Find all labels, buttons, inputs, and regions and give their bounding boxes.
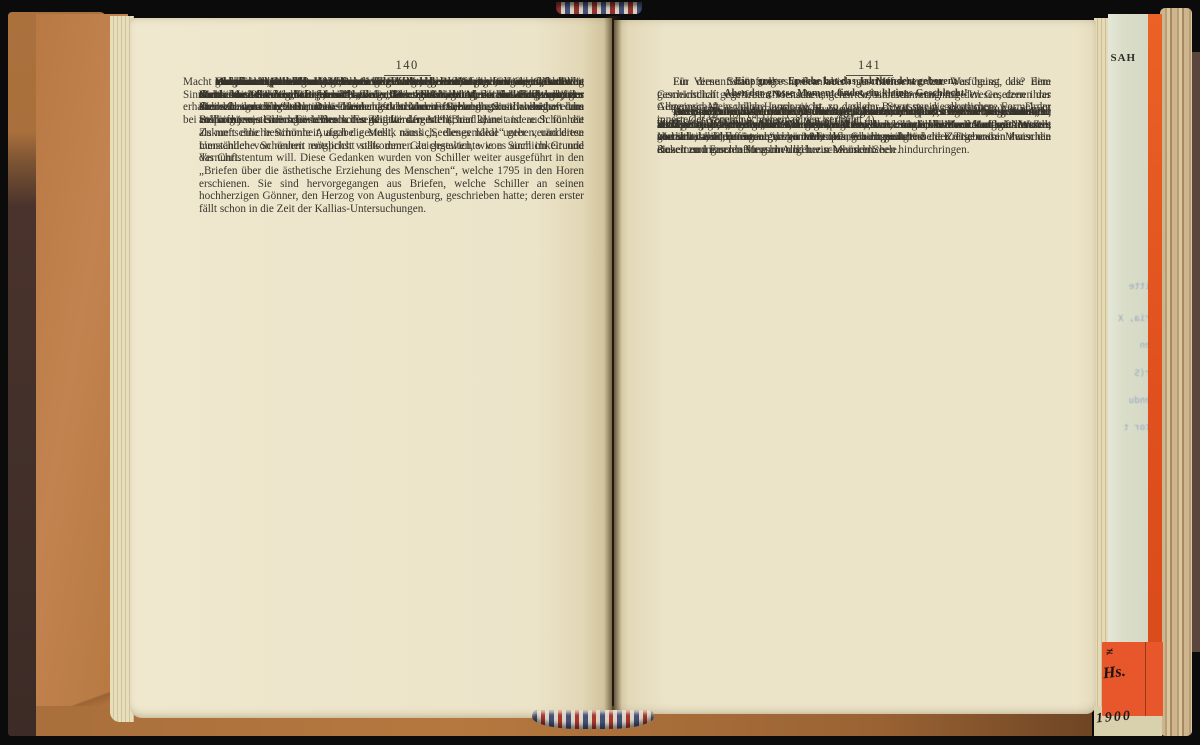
show-through-text: Bendu	[1110, 396, 1150, 407]
orange-page-edge	[1148, 14, 1162, 712]
show-through-text: itor t	[1110, 423, 1150, 434]
headband-top	[556, 2, 642, 14]
show-through-text: or(S	[1110, 369, 1150, 380]
cover-edges-right	[1160, 8, 1192, 736]
body-text-right: Ein Vernunftstaat sollte in Frankreich g…	[641, 76, 1051, 101]
handwritten-mark: ≠	[1105, 644, 1114, 661]
orange-note-tab: ≠ Hs.	[1102, 642, 1163, 716]
show-through-text: litte	[1110, 282, 1150, 293]
text-column-left: 140 Macht aufgehoben, weil es in ihrem W…	[183, 58, 584, 706]
page-number-label: 140	[384, 58, 431, 76]
verse-quote: Eine grosse Epoche hat das Jahrhundert g…	[641, 76, 1051, 101]
text-column-right: 141 Ein Vernunftstaat sollte in Frankrei…	[641, 58, 1051, 704]
note-rule-line	[1145, 642, 1146, 716]
book-page-right: 141 Ein Vernunftstaat sollte in Frankrei…	[614, 20, 1096, 714]
book-scan-photo: 140 Macht aufgehoben, weil es in ihrem W…	[0, 0, 1200, 745]
show-through-text-group: litteoria, Xdenor(SBenduitor t	[1108, 14, 1150, 710]
show-through-text: oria, X	[1110, 314, 1150, 325]
page-number-label: 141	[846, 58, 893, 76]
show-through-text: den	[1110, 341, 1150, 352]
handwritten-note: Hs.	[1102, 663, 1127, 684]
handwritten-year: 1900	[1095, 708, 1132, 727]
headband-bottom	[532, 710, 654, 729]
inserted-green-page: . SAH litteoria, Xdenor(SBenduitor t	[1108, 14, 1150, 710]
book-page-left: 140 Macht aufgehoben, weil es in ihrem W…	[130, 18, 612, 718]
